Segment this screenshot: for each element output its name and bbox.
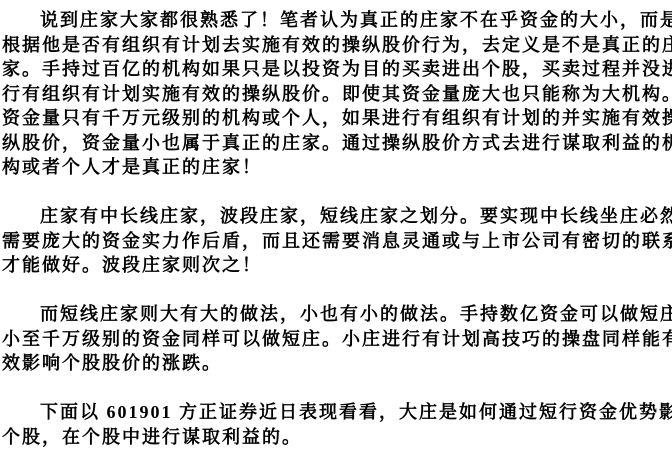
text-line: 才能做好。波段庄家则次之！ xyxy=(2,253,672,278)
text-line: 说到庄家大家都很熟悉了！笔者认为真正的庄家不在乎资金的大小，而是 xyxy=(2,8,672,33)
text-line: 而短线庄家则大有大的做法，小也有小的做法。手持数亿资金可以做短庄， xyxy=(2,302,672,327)
document-body: 说到庄家大家都很熟悉了！笔者认为真正的庄家不在乎资金的大小，而是根据他是否有组织… xyxy=(0,0,672,449)
text-line: 资金量只有千万元级别的机构或个人，如果进行有组织有计划的并实施有效操 xyxy=(2,106,672,131)
text-line: 需要庞大的资金实力作后盾，而且还需要消息灵通或与上市公司有密切的联系 xyxy=(2,229,672,254)
text-line: 个股，在个股中进行谋取利益的。 xyxy=(2,425,672,450)
text-line: 小至千万级别的资金同样可以做短庄。小庄进行有计划高技巧的操盘同样能有 xyxy=(2,327,672,352)
paragraph: 庄家有中长线庄家，波段庄家，短线庄家之划分。要实现中长线坐庄必然需要庞大的资金实… xyxy=(2,204,672,278)
text-line: 根据他是否有组织有计划去实施有效的操纵股价行为，去定义是不是真正的庄 xyxy=(2,33,672,58)
text-line: 构或者个人才是真正的庄家！ xyxy=(2,155,672,180)
text-line: 纵股价，资金量小也属于真正的庄家。通过操纵股价方式去进行谋取利益的机 xyxy=(2,131,672,156)
paragraph: 下面以 601901 方正证券近日表现看看，大庄是如何通过短行资金优势影响个股，… xyxy=(2,400,672,449)
text-line: 效影响个股股价的涨跌。 xyxy=(2,351,672,376)
text-line: 庄家有中长线庄家，波段庄家，短线庄家之划分。要实现中长线坐庄必然 xyxy=(2,204,672,229)
paragraph: 而短线庄家则大有大的做法，小也有小的做法。手持数亿资金可以做短庄，小至千万级别的… xyxy=(2,302,672,376)
text-line: 下面以 601901 方正证券近日表现看看，大庄是如何通过短行资金优势影响 xyxy=(2,400,672,425)
text-line: 行有组织有计划实施有效的操纵股价。即使其资金量庞大也只能称为大机构。 xyxy=(2,82,672,107)
text-line: 家。手持过百亿的机构如果只是以投资为目的买卖进出个股，买卖过程并没进 xyxy=(2,57,672,82)
page: { "page": { "background": "#ffffff", "te… xyxy=(0,0,672,452)
paragraph: 说到庄家大家都很熟悉了！笔者认为真正的庄家不在乎资金的大小，而是根据他是否有组织… xyxy=(2,8,672,180)
